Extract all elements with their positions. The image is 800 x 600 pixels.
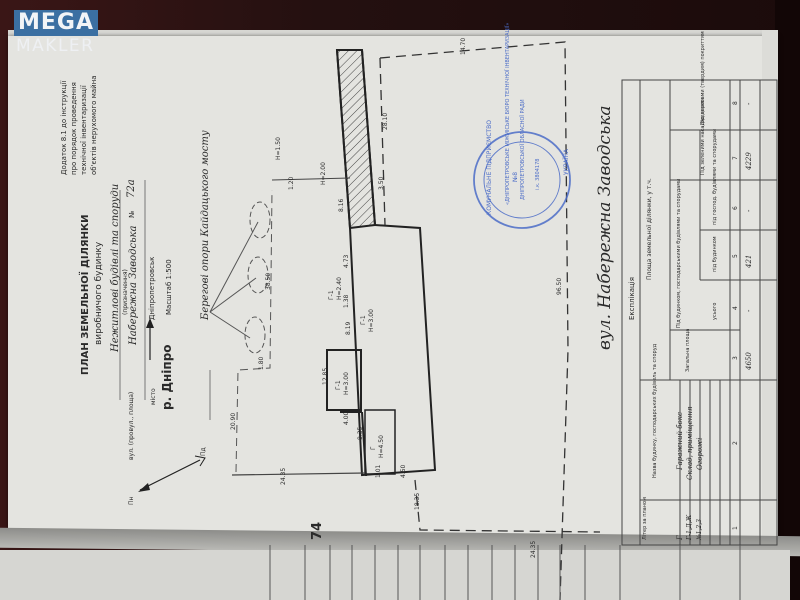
dim-8-16: 8.16 <box>338 199 345 212</box>
dim-1-20: 1.20 <box>288 177 295 190</box>
plan-subtitle: виробничого будинку <box>94 242 104 345</box>
row-3-letter: №1,2,3 <box>696 519 703 540</box>
total-area: 4650 <box>745 352 753 370</box>
building-g1-a-letter: Г-1 <box>335 380 342 390</box>
stamp-inner-1: «ДНІПРОПЕТРОВСЬКЕ МІЖМІСЬКЕ БЮРО ТЕХНІЧН… <box>505 23 511 205</box>
col-1-header: Літер за планом <box>642 497 648 540</box>
col-8-num: 8 <box>732 101 739 105</box>
stamp-outer-text: КОМУНАЛЬНЕ ПІДПРИЄМСТВО <box>486 120 493 215</box>
dim-12-85: 12.85 <box>322 368 329 385</box>
compass-north: Пн <box>128 497 135 505</box>
watermark-mega: MEGA <box>14 10 98 36</box>
dim-38-50: 38.50 <box>265 273 272 290</box>
col-2-num: 2 <box>732 441 739 445</box>
stamp-country: УКРАЇНА <box>563 149 570 175</box>
header-note-line-1: Додаток 8.1 до інструкції <box>60 81 68 175</box>
total-roads: - <box>745 103 753 105</box>
header-note-line-3: технічної інвентаризації <box>80 85 88 175</box>
col-2-header: Назва будинку, господарських будівель та… <box>652 344 658 478</box>
header-note-line-4: об'єктів нерухомого майна <box>90 75 98 175</box>
col-5-num: 5 <box>732 254 739 258</box>
compass-south: Пд <box>200 447 207 456</box>
stamp-inner-2: ДНІПРОПЕТРОВСЬКОЇ ОБЛАСНОЇ РАДИ <box>520 99 526 200</box>
explication-under-group: Під будинком, господарськими будівлями т… <box>676 179 682 328</box>
col-8-header: Під дорогами (твердим) покриттям <box>700 31 706 125</box>
page-number: 74 <box>310 522 325 540</box>
watermark-makler: MAKLER <box>16 36 98 56</box>
total-all: - <box>745 310 753 312</box>
city-value: Дніпропетровськ <box>148 257 156 320</box>
row-1-name: Гаражний бокс <box>676 412 684 470</box>
row-2-letter: Г-1,Д,Ж <box>686 515 693 540</box>
total-green: 4229 <box>745 152 753 170</box>
dim-top: 14.70 <box>460 38 467 55</box>
dim-20-90: 20.90 <box>230 413 237 430</box>
dim-18-35: 18.35 <box>414 493 421 510</box>
scale-label: Масштаб 1:500 <box>165 259 173 315</box>
col-5-header: під будинком <box>712 236 718 272</box>
dim-1-80: 1.80 <box>258 357 265 370</box>
building-g1-c-height: H=2.40 <box>336 277 343 300</box>
river-label: р. Дніпро <box>160 344 174 410</box>
building-g-letter: Г <box>370 446 377 450</box>
row-3-name: Огорожі <box>696 438 704 470</box>
object-name: Нежитлові будівлі та споруди <box>110 184 121 352</box>
building-g1-b-height: H=3.00 <box>368 309 375 332</box>
building-g1-d-height: H=2.00 <box>320 162 327 185</box>
dim-right: 96.50 <box>556 278 563 295</box>
col-1-num: 1 <box>732 526 739 530</box>
col-6-num: 6 <box>732 206 739 210</box>
building-g1-b-letter: Г-1 <box>360 315 367 325</box>
dim-4-73: 4.73 <box>343 255 350 268</box>
total-under-outbuildings: - <box>745 210 753 212</box>
explication-title: Експлікація <box>628 277 636 320</box>
col-7-num: 7 <box>732 156 739 160</box>
dim-8-19: 8.19 <box>345 322 352 335</box>
dim-left-boundary: 28.10 <box>382 113 389 130</box>
col-3-header: Загальна площа <box>685 329 691 372</box>
building-g1-e-height: H=1.50 <box>275 137 282 160</box>
number-value: 72а <box>126 179 137 198</box>
plan-title: ПЛАН ЗЕМЕЛЬНОЇ ДІЛЯНКИ <box>80 214 91 375</box>
building-g1-c-letter: Г-1 <box>328 290 335 300</box>
stamp-code: і.к. 3804178 <box>535 159 541 190</box>
watermark-logo: MEGA MAKLER <box>14 10 98 56</box>
building-g1-a-height: H=3.00 <box>343 372 350 395</box>
dim-1-01: 1.01 <box>375 465 382 478</box>
stamp-number: №8 <box>512 172 519 182</box>
dim-small: 3.50 <box>378 177 385 190</box>
bridge-label: Берегові опори Кайдацького мосту <box>200 130 211 320</box>
total-under-building: 421 <box>745 255 753 268</box>
dim-8-35: 8.35 <box>357 427 364 440</box>
header-note-line-2: про порядок проведення <box>70 82 78 175</box>
explication-area-group: Площа земельної ділянки, у т.ч. <box>646 178 653 280</box>
dim-bottom: 24.35 <box>530 541 537 558</box>
building-g-height: H=4.50 <box>378 435 385 458</box>
dim-24-35: 24.35 <box>280 468 287 485</box>
dim-1-38: 1.38 <box>343 295 350 308</box>
col-3-num: 3 <box>732 356 739 360</box>
dim-4-00: 4.00 <box>343 412 350 425</box>
city-label: місто <box>150 388 157 405</box>
street-bottom-label: вул. Набережна Заводська <box>595 106 615 350</box>
row-2-name: Склад, приміщення <box>686 406 694 480</box>
col-4-header: усього <box>712 303 718 320</box>
number-label: № <box>128 211 136 218</box>
dim-4-50: 4.50 <box>400 465 407 478</box>
col-4-num: 4 <box>732 306 739 310</box>
col-6-header: під господ. будівлями та спорудами <box>712 129 718 225</box>
street-value: Набережна Заводська <box>128 226 139 345</box>
row-1-letter: Г <box>676 535 684 540</box>
street-label: вул. (провул., площа) <box>128 392 135 460</box>
